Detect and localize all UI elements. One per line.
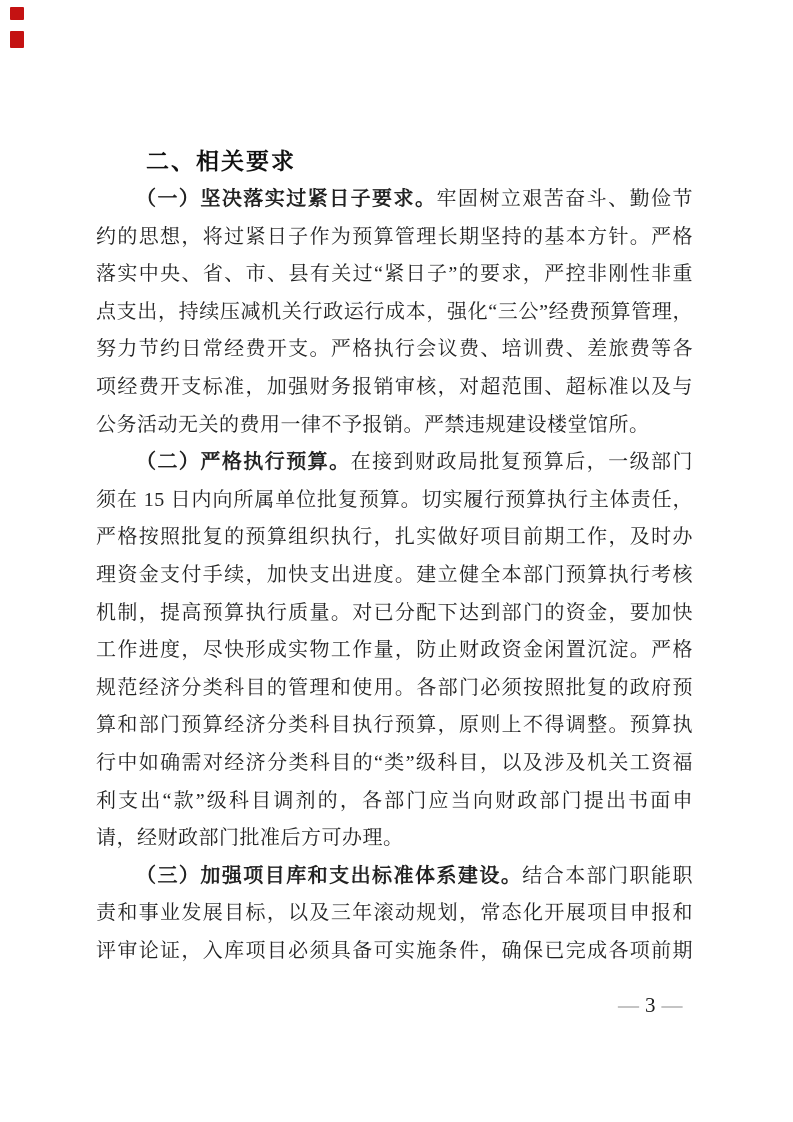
text-line: 点支出，持续压减机关行政运行成本，强化“三公”经费预算管理，	[96, 294, 693, 332]
page-number: —3—	[618, 993, 682, 1017]
text-line: （一）坚决落实过紧日子要求。牢固树立艰苦奋斗、勤俭节	[96, 181, 693, 219]
paragraph-lead: （一）坚决落实过紧日子要求。	[136, 188, 436, 210]
text-line: 公务活动无关的费用一律不予报销。严禁违规建设楼堂馆所。	[96, 407, 693, 445]
text-line: （三）加强项目库和支出标准体系建设。结合本部门职能职	[96, 858, 693, 896]
red-stamp-mark-bottom	[10, 31, 24, 48]
text-line: 机制，提高预算执行质量。对已分配下达到部门的资金，要加快	[96, 595, 693, 633]
text-line: 责和事业发展目标，以及三年滚动规划，常态化开展项目申报和	[96, 895, 693, 933]
text-line: 落实中央、省、市、县有关过“紧日子”的要求，严控非刚性非重	[96, 256, 693, 294]
text-line: 努力节约日常经费开支。严格执行会议费、培训费、差旅费等各	[96, 331, 693, 369]
text-line: 规范经济分类科目的管理和使用。各部门必须按照批复的政府预	[96, 670, 693, 708]
paragraph-lead: （二）严格执行预算。	[136, 451, 351, 473]
text-line: 利支出“款”级科目调剂的，各部门应当向财政部门提出书面申	[96, 783, 693, 821]
document-body: 二、相关要求 （一）坚决落实过紧日子要求。牢固树立艰苦奋斗、勤俭节约的思想，将过…	[96, 141, 693, 970]
text-line: 算和部门预算经济分类科目执行预算，原则上不得调整。预算执	[96, 707, 693, 745]
text-line: 约的思想，将过紧日子作为预算管理长期坚持的基本方针。严格	[96, 219, 693, 257]
scanned-document-page: 二、相关要求 （一）坚决落实过紧日子要求。牢固树立艰苦奋斗、勤俭节约的思想，将过…	[0, 0, 793, 1122]
paragraph-lead: （三）加强项目库和支出标准体系建设。	[136, 865, 522, 887]
text-line: 工作进度，尽快形成实物工作量，防止财政资金闲置沉淀。严格	[96, 632, 693, 670]
text-line: 评审论证，入库项目必须具备可实施条件，确保已完成各项前期	[96, 933, 693, 971]
text-line: （二）严格执行预算。在接到财政局批复预算后，一级部门	[96, 444, 693, 482]
text-line: 严格按照批复的预算组织执行，扎实做好项目前期工作，及时办	[96, 519, 693, 557]
page-number-value: 3	[639, 993, 662, 1017]
text-line: 须在 15 日内向所属单位批复预算。切实履行预算执行主体责任，	[96, 482, 693, 520]
text-line: 请，经财政部门批准后方可办理。	[96, 820, 693, 858]
paragraphs: （一）坚决落实过紧日子要求。牢固树立艰苦奋斗、勤俭节约的思想，将过紧日子作为预算…	[96, 181, 693, 970]
text-line: 行中如确需对经济分类科目的“类”级科目，以及涉及机关工资福	[96, 745, 693, 783]
page-number-left-dash: —	[618, 993, 639, 1017]
section-heading: 二、相关要求	[96, 141, 693, 181]
page-number-right-dash: —	[662, 993, 683, 1017]
red-stamp-mark-top	[10, 7, 24, 20]
text-line: 理资金支付手续，加快支出进度。建立健全本部门预算执行考核	[96, 557, 693, 595]
text-line: 项经费开支标准，加强财务报销审核，对超范围、超标准以及与	[96, 369, 693, 407]
